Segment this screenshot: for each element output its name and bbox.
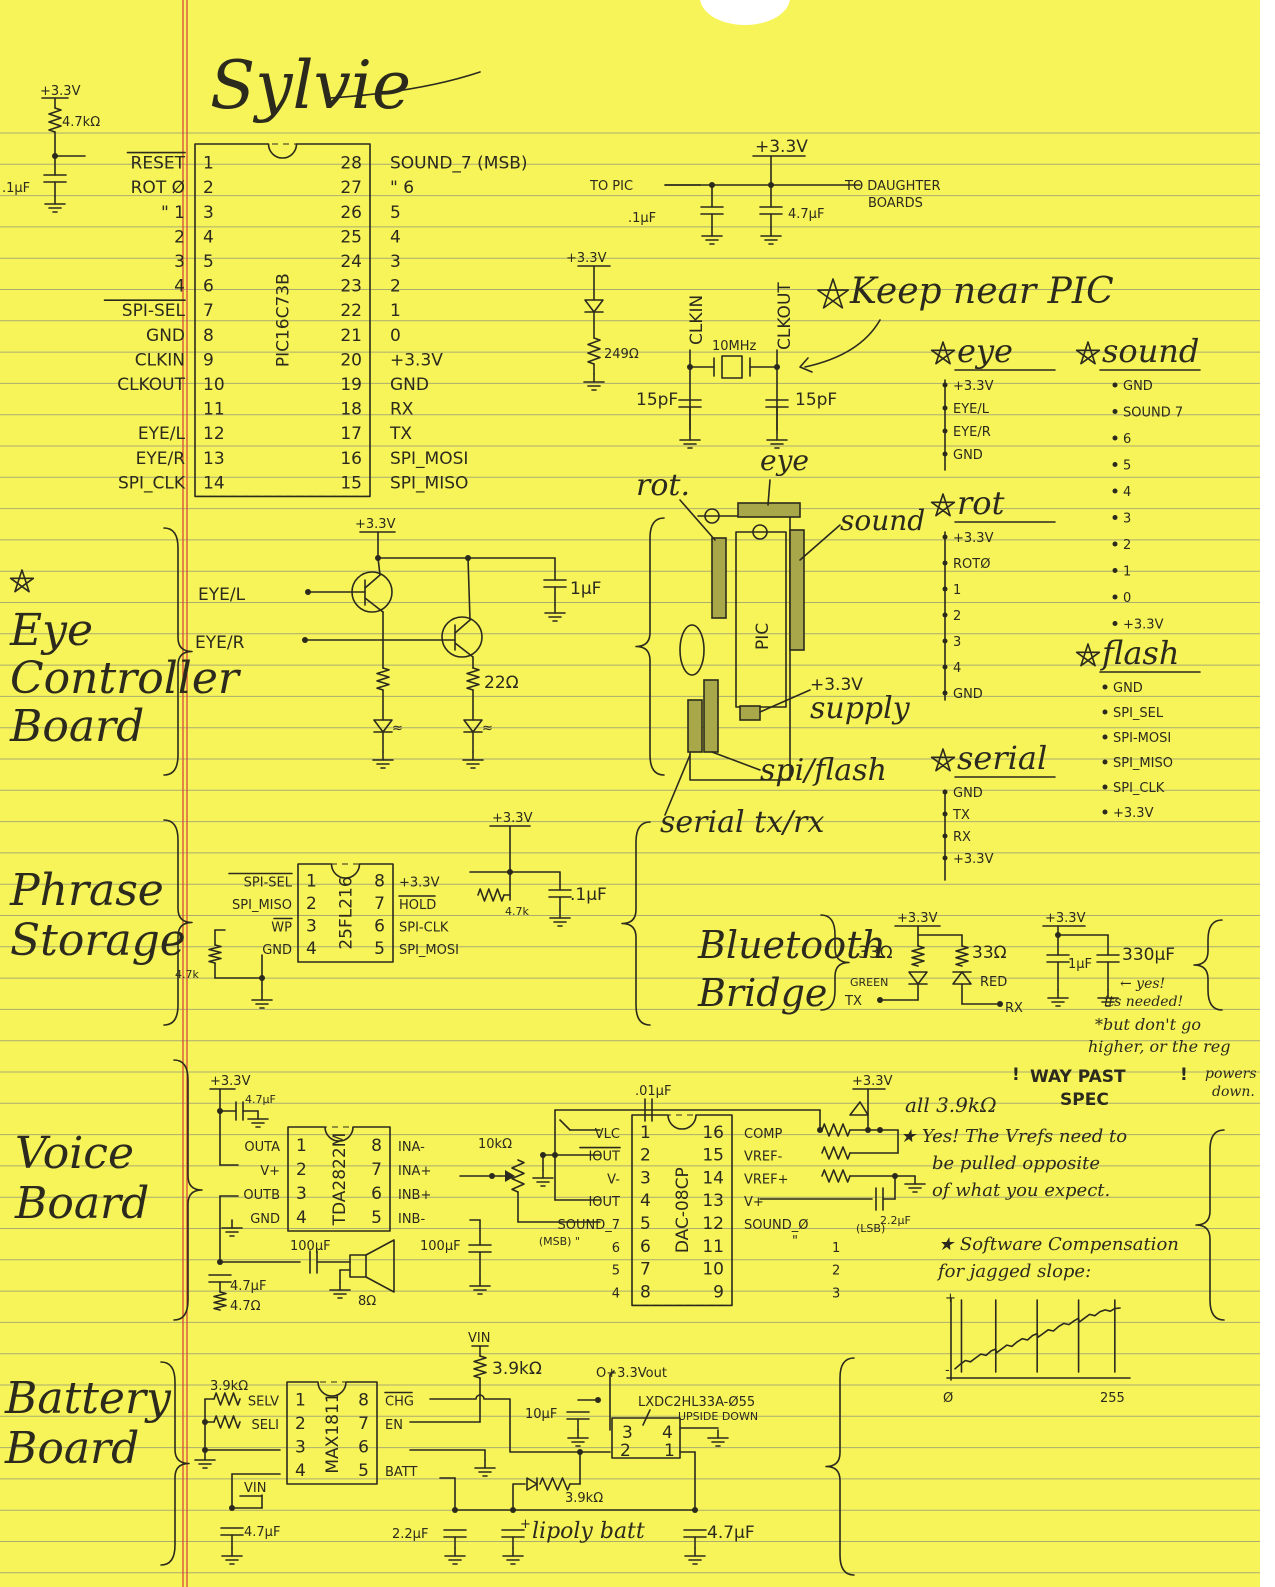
keep-near-pic-note: Keep near PIC xyxy=(849,271,1114,312)
capacitor-icon xyxy=(469,1245,491,1252)
board-pic-label: PIC xyxy=(753,623,773,650)
led-resistor: 3.9kΩ xyxy=(565,1491,603,1506)
connector-pin: 2 xyxy=(953,609,961,624)
wire xyxy=(513,1484,525,1510)
junction-dot xyxy=(1103,785,1108,790)
pin-number: 15 xyxy=(702,1146,724,1166)
resistor-icon xyxy=(214,1292,226,1310)
section-title-line: Battery xyxy=(4,1373,172,1424)
pin-number: 25 xyxy=(340,227,362,247)
bt-resistor-right: 33Ω xyxy=(972,943,1007,963)
phrase-storage: 1SPI-SEL2SPI_MISO3WP4GND8+3.3V7HOLD6SPI-… xyxy=(164,811,650,1025)
supply-regulator xyxy=(740,706,760,720)
pin-number: 13 xyxy=(702,1191,724,1211)
bt-led-green: GREEN xyxy=(850,976,888,989)
pin-number: 6 xyxy=(374,917,385,937)
pin-number: 6 xyxy=(358,1438,369,1458)
bt-tx: TX xyxy=(844,994,862,1009)
pin-number: 1 xyxy=(640,1123,651,1143)
eye-left-input: EYE/L xyxy=(198,585,246,605)
connector-pin: RX xyxy=(953,830,971,845)
chg-wire xyxy=(430,1395,610,1452)
pic-right-pin-label: TX xyxy=(389,424,412,444)
warning-way-past: WAY PAST xyxy=(1030,1067,1126,1087)
amp-supply-cap: 4.7µF xyxy=(245,1093,276,1106)
connector-pin: EYE/L xyxy=(953,402,990,417)
connector-pin: ROTØ xyxy=(953,557,990,572)
dac-pin-label: 2 xyxy=(832,1264,840,1279)
warning-spec: SPEC xyxy=(1060,1090,1109,1110)
light-emission-icon: ≈ xyxy=(392,721,403,736)
pin-number: 5 xyxy=(374,939,385,959)
pic-right-pin-label: 0 xyxy=(390,326,401,346)
pin-number: 11 xyxy=(702,1237,724,1257)
wire xyxy=(712,752,760,770)
resistor-icon xyxy=(467,668,479,690)
curly-brace xyxy=(1194,920,1222,1010)
resistor-zigzag xyxy=(209,945,221,963)
capacitor-icon xyxy=(310,1251,317,1273)
ground-icon xyxy=(463,752,483,768)
eye-resistor: 22Ω xyxy=(484,673,519,693)
pin-number: 3 xyxy=(203,203,214,223)
power-led-resistor: 249Ω xyxy=(604,347,639,362)
pic-right-pin-label: +3.3V xyxy=(390,350,443,370)
bt-led-red: RED xyxy=(980,975,1007,990)
curly-brace xyxy=(826,1358,854,1575)
diode-triangle xyxy=(464,720,482,732)
ground-icon xyxy=(584,374,604,390)
junction-dot xyxy=(1113,436,1118,441)
osc-cap-left: 15pF xyxy=(636,390,678,410)
eye-header xyxy=(738,503,800,517)
pin-label: INB+ xyxy=(398,1188,431,1203)
resistor-zigzag xyxy=(214,1416,240,1428)
eye-cap: 1µF xyxy=(570,579,601,599)
pin-number: 10 xyxy=(702,1260,724,1280)
connector-pin: GND xyxy=(1113,681,1143,696)
connector-pin: TX xyxy=(952,808,970,823)
pic-right-pin-label: RX xyxy=(390,400,414,420)
ground-icon xyxy=(373,752,393,768)
connector-pin: SPI_MISO xyxy=(1113,756,1173,771)
pin-number: 3 xyxy=(295,1438,306,1458)
software-note-line: for jagged slope: xyxy=(936,1261,1091,1282)
pin-label: BATT xyxy=(385,1465,418,1480)
pin-number: 2 xyxy=(306,894,317,914)
pin-label: 3 xyxy=(174,252,185,272)
pin-number: 16 xyxy=(340,449,362,469)
pic-right-pin-label: SOUND_7 (MSB) xyxy=(390,154,528,174)
star-icon xyxy=(932,749,955,771)
board-sound-label: sound xyxy=(840,504,925,537)
reg-pin: 1 xyxy=(664,1441,675,1461)
pin-label: SPI-SEL xyxy=(244,876,293,891)
pin-label: SPI-CLK xyxy=(399,921,449,936)
to-pic-label: TO PIC xyxy=(589,179,633,194)
connector-pin: GND xyxy=(953,687,983,702)
pin-number: 3 xyxy=(640,1168,651,1188)
pot-resistor: 10kΩ xyxy=(478,1137,512,1152)
decoupling-supply: +3.3V xyxy=(755,137,808,157)
section-title-line: Board xyxy=(9,701,144,752)
pin-label: CHG xyxy=(385,1395,414,1410)
connector-pin: 5 xyxy=(1123,459,1131,474)
board-supply-label: supply xyxy=(810,691,911,726)
reset-capacitor: .1µF xyxy=(2,181,30,196)
pin-number: 3 xyxy=(296,1184,307,1204)
chg-vin: VIN xyxy=(468,1331,490,1346)
capacitor-icon xyxy=(701,207,723,214)
pin-number: 15 xyxy=(340,473,362,493)
connector-title: sound xyxy=(1102,332,1199,370)
connector-pin: SPI_SEL xyxy=(1113,706,1164,721)
junction-dot xyxy=(1113,568,1118,573)
pin-label: EYE/R xyxy=(136,449,186,469)
pin-label: ROT Ø xyxy=(131,178,185,198)
pin-number: 11 xyxy=(203,400,225,420)
resistor-icon xyxy=(822,1147,850,1159)
pin-label: SPI_MISO xyxy=(232,898,292,913)
bt-cap-big: 330µF xyxy=(1122,945,1175,965)
connector-pin: 3 xyxy=(953,635,961,650)
dac-pin-label: VREF- xyxy=(744,1150,783,1165)
pic-right-pin-label: 3 xyxy=(390,252,401,272)
pin-label: INA- xyxy=(398,1140,425,1155)
resistor-zigzag xyxy=(49,108,61,132)
pin-number: 7 xyxy=(358,1414,369,1434)
dac-supply: +3.3V xyxy=(852,1074,893,1089)
section-title-line: Bridge xyxy=(697,971,827,1015)
pin-number: 5 xyxy=(358,1461,369,1481)
capacitor-icon xyxy=(44,175,66,182)
title-sylvie: Sylvie xyxy=(210,47,411,124)
connector-pin: +3.3V xyxy=(1113,806,1154,821)
pin-number: 8 xyxy=(374,872,385,892)
resistor-icon xyxy=(540,1478,570,1490)
light-emission-icon: ≈ xyxy=(482,721,493,736)
ground-icon xyxy=(568,1430,588,1446)
connector-pin: SPI-MOSI xyxy=(1113,731,1171,746)
junction-dot xyxy=(1113,621,1118,626)
wiper-arrow xyxy=(850,1102,868,1115)
resistor-icon xyxy=(588,338,600,364)
ground-icon xyxy=(252,992,272,1008)
schematic-drawing: Sylvie+3.3V4.7kΩ.1µF1RESET2ROT Ø3" 14253… xyxy=(0,0,1275,1587)
section-title-line: Board xyxy=(4,1423,139,1474)
pin-number: 2 xyxy=(640,1146,651,1166)
pin-number: 21 xyxy=(340,326,362,346)
pic-right-pin-label: 1 xyxy=(390,301,401,321)
comp-cap: .01µF xyxy=(635,1084,671,1099)
resistor-icon xyxy=(377,668,389,690)
charger-vin: VIN xyxy=(244,1481,266,1496)
ground-icon xyxy=(905,1176,925,1192)
ground-icon xyxy=(222,1220,242,1236)
pin-number: 6 xyxy=(203,277,214,297)
junction-dot xyxy=(997,1001,1003,1007)
junction-dot xyxy=(1103,710,1108,715)
vref-note-line: ★ Yes! The Vrefs need to xyxy=(900,1126,1127,1147)
reset-circuit: +3.3V4.7kΩ.1µF xyxy=(2,84,100,212)
pin-number: 9 xyxy=(713,1282,724,1302)
section-title-phrase: PhraseStorage xyxy=(9,865,186,966)
ground-icon xyxy=(545,605,565,621)
connector-serial: serialGNDTXRX+3.3V xyxy=(932,739,1055,867)
connector-pin: GND xyxy=(953,448,983,463)
pin-label: OUTB xyxy=(243,1188,280,1203)
pin-label: GND xyxy=(146,326,185,346)
pin-number: 24 xyxy=(340,252,362,272)
diode-icon xyxy=(585,300,603,312)
dac-pin-sound7: SOUND_7 xyxy=(557,1218,620,1233)
sound-header xyxy=(790,530,804,650)
junction-dot xyxy=(1113,515,1118,520)
pin-number: 1 xyxy=(203,154,214,174)
dac-pin-label: 6 xyxy=(612,1241,620,1256)
pin-label: SELV xyxy=(248,1395,279,1410)
resistor-zigzag xyxy=(474,1356,486,1378)
connector-pin: 0 xyxy=(1123,591,1131,606)
bt-note-needed: its needed! xyxy=(1104,994,1183,1010)
pin-label: INB- xyxy=(398,1212,425,1227)
eye-supply: +3.3V xyxy=(355,517,396,532)
ground-icon xyxy=(475,1460,495,1476)
zobel-resistor: 4.7Ω xyxy=(230,1299,261,1314)
pin-label: +3.3V xyxy=(399,876,440,891)
crystal-frequency: 10MHz xyxy=(712,339,757,354)
pin-label: V+ xyxy=(260,1164,280,1179)
resistor-zigzag xyxy=(214,1292,226,1310)
resistor-zigzag xyxy=(822,1170,850,1182)
bt-note-yes: ← yes! xyxy=(1120,976,1165,992)
capacitor-icon xyxy=(221,1528,243,1535)
resistor-zigzag xyxy=(214,1393,240,1405)
pin-number: 8 xyxy=(358,1391,369,1411)
pin-number: 4 xyxy=(640,1191,651,1211)
section-title-voice: VoiceBoard xyxy=(14,1128,149,1229)
clkout-label: CLKOUT xyxy=(775,282,795,350)
pin-number: 22 xyxy=(340,301,362,321)
pin-number: 2 xyxy=(295,1414,306,1434)
resistor-icon xyxy=(214,1416,240,1428)
pin-label: HOLD xyxy=(399,898,436,913)
pin-label: CLKIN xyxy=(135,350,185,370)
chip-part-number: MAX1811 xyxy=(323,1392,343,1473)
section-title-line: Phrase xyxy=(9,865,164,916)
osc-cap-right: 15pF xyxy=(795,390,837,410)
pin-number: 5 xyxy=(371,1208,382,1228)
ground-icon xyxy=(533,1170,553,1186)
connector-pin: +3.3V xyxy=(953,531,994,546)
capacitor-icon xyxy=(1097,955,1119,962)
pin-label: GND xyxy=(250,1212,280,1227)
pin-number: 28 xyxy=(340,154,362,174)
regulator-part: LXDC2HL33A-Ø55 xyxy=(638,1395,755,1410)
pin-label: SPI-SEL xyxy=(122,301,186,321)
dac-vplus-cap: 2.2µF xyxy=(880,1214,911,1227)
amp-out-cap: 100µF xyxy=(290,1239,331,1254)
connector-pin: EYE/R xyxy=(953,425,991,440)
pic-right-pin-label: 2 xyxy=(390,277,401,297)
to-daughter-label: TO DAUGHTER xyxy=(844,179,941,194)
reg-pin: 2 xyxy=(620,1441,631,1461)
pin-label: SELI xyxy=(251,1418,279,1433)
resistor-icon xyxy=(209,945,221,963)
section-title-line: Storage xyxy=(10,915,186,966)
junction-dot xyxy=(1113,462,1118,467)
section-title-line: Eye xyxy=(9,605,93,656)
wire xyxy=(680,500,715,540)
junction-dot xyxy=(1113,383,1118,388)
pic-right-pin-label: SPI_MOSI xyxy=(390,449,468,469)
pin-number: 18 xyxy=(340,400,362,420)
star-icon xyxy=(1077,342,1100,364)
battery-board: 1SELV2SELI348CHG7EN65BATTMAX18113.9kΩVIN… xyxy=(161,1331,854,1575)
junction-dot xyxy=(1103,810,1108,815)
junction-dot xyxy=(692,1507,698,1513)
battery-plus: + xyxy=(520,1517,531,1532)
dac-pin-label: 5 xyxy=(612,1264,620,1279)
section-title-line: Board xyxy=(14,1178,149,1229)
zobel-cap: 4.7µF xyxy=(230,1279,266,1294)
pic-microcontroller: 1RESET2ROT Ø3" 14253647SPI-SEL8GND9CLKIN… xyxy=(105,144,528,496)
ditto-mark: " xyxy=(792,1234,798,1249)
wire xyxy=(768,480,770,505)
star-icon xyxy=(1077,644,1100,666)
dac-pin-label: COMP xyxy=(744,1127,783,1142)
board-eye-label: eye xyxy=(760,444,809,477)
jagged-slope-chart: +-Ø255 xyxy=(943,1291,1130,1406)
ground-icon xyxy=(708,1430,728,1446)
charge-led-icon xyxy=(527,1478,537,1490)
pin-number: 8 xyxy=(371,1136,382,1156)
connector-pin: 1 xyxy=(1123,565,1131,580)
curly-brace xyxy=(164,528,192,775)
flash-cap: .1µF xyxy=(570,885,607,905)
junction-dot xyxy=(1113,542,1118,547)
resistor-zigzag xyxy=(822,1147,850,1159)
pin-label: 2 xyxy=(174,227,185,247)
dac-pin-label: 4 xyxy=(612,1286,620,1301)
pic-right-pin-label: " 6 xyxy=(390,178,414,198)
all-resistors-note: all 3.9kΩ xyxy=(905,1093,997,1117)
pic-right-pin-label: 4 xyxy=(390,227,401,247)
diode-icon xyxy=(374,720,392,732)
connector-pin: 4 xyxy=(953,661,961,676)
resistor-icon xyxy=(49,108,61,132)
pin-number: 7 xyxy=(203,301,214,321)
pin-number: 10 xyxy=(203,375,225,395)
capacitor-icon xyxy=(549,890,571,897)
pin-number: 17 xyxy=(340,424,362,444)
dac-pin-label: IOUT xyxy=(588,1195,620,1210)
pin-label: EYE/L xyxy=(138,424,186,444)
oscillator: CLKINCLKOUT10MHz15pF15pFKeep near PIC xyxy=(636,271,1114,448)
sel-resistor: 3.9kΩ xyxy=(210,1379,248,1394)
connector-pin: 4 xyxy=(1123,485,1131,500)
reset-resistor: 4.7kΩ xyxy=(62,115,100,130)
pin-number: 4 xyxy=(203,227,214,247)
board-spi-label: spi/flash xyxy=(760,753,887,788)
junction-dot xyxy=(577,1449,583,1455)
ground-icon xyxy=(195,1452,215,1468)
inb-cap: 100µF xyxy=(420,1239,461,1254)
ground-icon xyxy=(445,1548,465,1564)
junction-dot xyxy=(877,997,883,1003)
chip-part-number: PIC16C73B xyxy=(274,273,294,367)
pin-number: 5 xyxy=(203,252,214,272)
dac-pin-label: 1 xyxy=(832,1241,840,1256)
pin-number: 1 xyxy=(306,872,317,892)
pin-number: 8 xyxy=(203,326,214,346)
pin-label: INA+ xyxy=(398,1164,431,1179)
battery-outline xyxy=(680,625,704,675)
connector-title: serial xyxy=(957,739,1047,777)
connector-title: flash xyxy=(1100,634,1179,672)
connector-title: rot xyxy=(957,484,1005,522)
pin-number: 13 xyxy=(203,449,225,469)
wire xyxy=(760,690,810,712)
pin-number: 5 xyxy=(640,1214,651,1234)
capacitor-icon xyxy=(444,1530,466,1537)
power-led-supply: +3.3V xyxy=(566,251,607,266)
warning-powers: powers xyxy=(1205,1066,1257,1082)
transistor-right-icon xyxy=(442,617,482,657)
pin-number: 2 xyxy=(296,1160,307,1180)
pin-number: 1 xyxy=(295,1391,306,1411)
connector-rot: rot+3.3VROTØ1234GND xyxy=(932,484,1055,702)
resistor-icon xyxy=(822,1170,850,1182)
chip-part-number: DAC-08CP xyxy=(673,1167,693,1253)
spi-header xyxy=(704,680,718,752)
speaker-icon xyxy=(350,1255,366,1277)
software-note-line: ★ Software Compensation xyxy=(938,1234,1179,1255)
pin-number: 9 xyxy=(203,350,214,370)
pin-number: 7 xyxy=(640,1260,651,1280)
note-arrow xyxy=(805,320,880,367)
bt-note-higher: higher, or the reg xyxy=(1088,1037,1231,1056)
capacitor-icon xyxy=(209,1275,231,1282)
ground-icon xyxy=(45,196,65,212)
pin-number: 3 xyxy=(306,917,317,937)
decoupling-cap2: 4.7µF xyxy=(788,207,824,222)
capacitor-icon xyxy=(544,580,566,587)
curly-brace xyxy=(174,1060,202,1320)
page-title: Sylvie xyxy=(210,47,480,124)
resistor-zigzag xyxy=(956,946,968,966)
pic-right-pin-label: SPI_MISO xyxy=(390,473,468,493)
connector-pin: GND xyxy=(1123,379,1153,394)
capacitor-icon xyxy=(684,1530,706,1537)
diode-icon xyxy=(464,720,482,732)
pin-number: 8 xyxy=(640,1282,651,1302)
vref-note-line: of what you expect. xyxy=(932,1180,1110,1201)
reg-pin: 4 xyxy=(662,1423,673,1443)
x-tick-zero: Ø xyxy=(943,1391,953,1406)
exclamation-icon: ! xyxy=(1180,1065,1188,1085)
section-title-line: Bluetooth xyxy=(697,923,886,967)
ground-icon xyxy=(248,1111,268,1127)
pin-number: 14 xyxy=(702,1168,724,1188)
pin-number: 6 xyxy=(640,1237,651,1257)
pin-number: 26 xyxy=(340,203,362,223)
pin-label: SPI_CLK xyxy=(118,473,186,493)
capacitor-icon xyxy=(567,1412,589,1419)
pin-label: CLKOUT xyxy=(117,375,185,395)
crystal-icon xyxy=(722,356,742,378)
connector-pin: 6 xyxy=(1123,432,1131,447)
